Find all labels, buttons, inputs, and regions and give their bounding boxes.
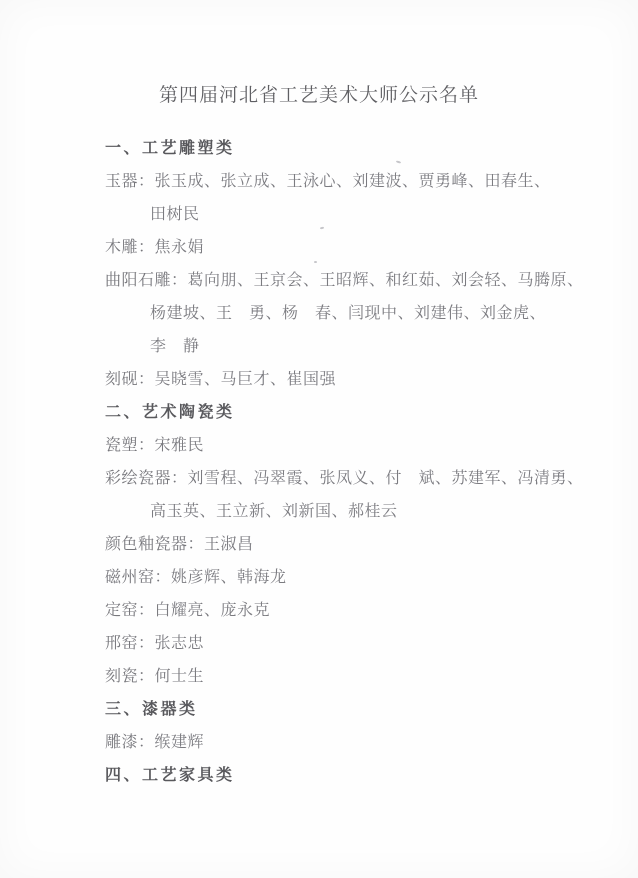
- document-title: 第四届河北省工艺美术大师公示名单: [0, 0, 638, 108]
- scanned-document-page: 第四届河北省工艺美术大师公示名单 一、工艺雕塑类 玉器：张玉成、张立成、王泳心、…: [0, 0, 638, 878]
- entry-names: 焦永娟: [155, 239, 205, 256]
- entry-names: 张玉成、张立成、王泳心、刘建波、贾勇峰、田春生、: [155, 173, 551, 190]
- entry-ding-yao: 定窑：白耀亮、庞永克: [105, 594, 598, 627]
- entry-names: 王淑昌: [204, 536, 254, 553]
- entry-caihui-ciqi: 彩绘瓷器：刘雪程、冯翠霞、张凤义、付 斌、苏建军、冯清勇、 高玉英、王立新、刘新…: [105, 462, 598, 528]
- entry-yanseyou-ciqi: 颜色釉瓷器：王淑昌: [105, 528, 598, 561]
- entry-line: 雕漆：缑建辉: [105, 726, 598, 759]
- entry-label: 雕漆：: [105, 734, 155, 751]
- entry-line: 瓷塑：宋雅民: [105, 429, 598, 462]
- entry-line-continuation: 李 静: [150, 330, 598, 363]
- entry-line: 颜色釉瓷器：王淑昌: [105, 528, 598, 561]
- entry-names: 宋雅民: [155, 437, 205, 454]
- section-heading-4: 四、工艺家具类: [105, 759, 598, 792]
- entry-line: 定窑：白耀亮、庞永克: [105, 594, 598, 627]
- entry-line: 木雕：焦永娟: [105, 231, 598, 264]
- entry-keci: 刻瓷：何士生: [105, 660, 598, 693]
- entry-cisu: 瓷塑：宋雅民: [105, 429, 598, 462]
- section-heading-3: 三、漆器类: [105, 693, 598, 726]
- entry-line: 彩绘瓷器：刘雪程、冯翠霞、张凤义、付 斌、苏建军、冯清勇、: [105, 462, 598, 495]
- entry-line: 邢窑：张志忠: [105, 627, 598, 660]
- entry-line: 磁州窑：姚彦辉、韩海龙: [105, 561, 598, 594]
- entry-line-continuation: 杨建坡、王 勇、杨 春、闫现中、刘建伟、刘金虎、: [150, 297, 598, 330]
- entry-line-continuation: 田树民: [150, 198, 598, 231]
- entry-label: 瓷塑：: [105, 437, 155, 454]
- entry-mudiao: 木雕：焦永娟: [105, 231, 598, 264]
- entry-diaoqi: 雕漆：缑建辉: [105, 726, 598, 759]
- entry-yuqi: 玉器：张玉成、张立成、王泳心、刘建波、贾勇峰、田春生、 田树民: [105, 165, 598, 231]
- entry-names: 姚彦辉、韩海龙: [171, 569, 287, 586]
- entry-line: 刻瓷：何士生: [105, 660, 598, 693]
- entry-label: 曲阳石雕：: [105, 272, 188, 289]
- entry-keyan: 刻砚：吴晓雪、马巨才、崔国强: [105, 363, 598, 396]
- entry-names: 刘雪程、冯翠霞、张凤义、付 斌、苏建军、冯清勇、: [188, 470, 584, 487]
- section-heading-1: 一、工艺雕塑类: [105, 132, 598, 165]
- entry-names: 张志忠: [155, 635, 205, 652]
- entry-label: 颜色釉瓷器：: [105, 536, 204, 553]
- entry-cizhou-yao: 磁州窑：姚彦辉、韩海龙: [105, 561, 598, 594]
- entry-label: 邢窑：: [105, 635, 155, 652]
- entry-names: 何士生: [155, 668, 205, 685]
- entry-label: 定窑：: [105, 602, 155, 619]
- entry-names: 缑建辉: [155, 734, 205, 751]
- scan-artifact: [314, 261, 317, 263]
- entry-line-continuation: 高玉英、王立新、刘新国、郝桂云: [150, 495, 598, 528]
- entry-names: 白耀亮、庞永克: [155, 602, 271, 619]
- entry-names: 葛向朋、王京会、王昭辉、和红茹、刘会轻、马腾原、: [188, 272, 584, 289]
- entry-line: 曲阳石雕：葛向朋、王京会、王昭辉、和红茹、刘会轻、马腾原、: [105, 264, 598, 297]
- entry-xing-yao: 邢窑：张志忠: [105, 627, 598, 660]
- entry-label: 刻砚：: [105, 371, 155, 388]
- entry-label: 彩绘瓷器：: [105, 470, 188, 487]
- entry-line: 玉器：张玉成、张立成、王泳心、刘建波、贾勇峰、田春生、: [105, 165, 598, 198]
- entry-names: 吴晓雪、马巨才、崔国强: [155, 371, 337, 388]
- document-body: 一、工艺雕塑类 玉器：张玉成、张立成、王泳心、刘建波、贾勇峰、田春生、 田树民 …: [105, 132, 598, 792]
- entry-line: 刻砚：吴晓雪、马巨才、崔国强: [105, 363, 598, 396]
- entry-label: 木雕：: [105, 239, 155, 256]
- entry-label: 刻瓷：: [105, 668, 155, 685]
- entry-label: 玉器：: [105, 173, 155, 190]
- entry-quyang-shidiao: 曲阳石雕：葛向朋、王京会、王昭辉、和红茹、刘会轻、马腾原、 杨建坡、王 勇、杨 …: [105, 264, 598, 363]
- entry-label: 磁州窑：: [105, 569, 171, 586]
- section-heading-2: 二、艺术陶瓷类: [105, 396, 598, 429]
